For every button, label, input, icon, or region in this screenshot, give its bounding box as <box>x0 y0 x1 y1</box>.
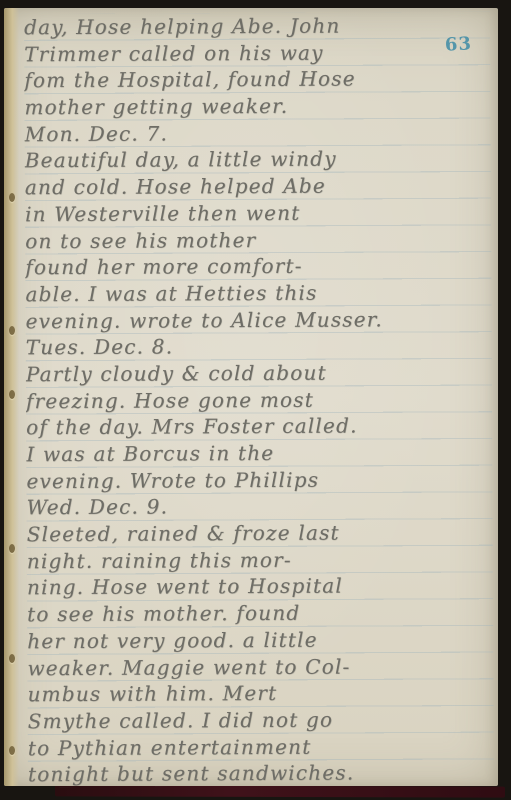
handwritten-line: day, Hose helping Abe. John <box>24 12 490 41</box>
handwritten-line: I was at Borcus in the <box>26 439 492 468</box>
page-number: 63 <box>444 33 472 55</box>
handwritten-line: weaker. Maggie went to Col- <box>27 652 493 681</box>
handwritten-line: in Westerville then went <box>25 199 491 228</box>
handwritten-line: of the day. Mrs Foster called. <box>26 412 492 441</box>
handwritten-line: Beautiful day, a little windy <box>25 145 491 174</box>
handwritten-line: Partly cloudy & cold about <box>26 359 492 388</box>
handwritten-line: ning. Hose went to Hospital <box>27 572 493 601</box>
photo-background: day, Hose helping Abe. JohnTrimmer calle… <box>0 0 511 800</box>
handwritten-line: able. I was at Hetties this <box>25 279 491 308</box>
stitch-mark <box>9 746 15 755</box>
handwriting-block: day, Hose helping Abe. JohnTrimmer calle… <box>24 12 494 787</box>
binding-edge <box>4 8 19 786</box>
handwritten-line: on to see his mother <box>25 225 491 254</box>
handwritten-line: Smythe called. I did not go <box>28 706 494 735</box>
handwritten-line: Sleeted, rained & froze last <box>27 519 493 548</box>
journal-page: day, Hose helping Abe. JohnTrimmer calle… <box>4 8 498 786</box>
handwritten-line: umbus with him. Mert <box>27 679 493 708</box>
handwritten-line: found her more comfort- <box>25 252 491 281</box>
handwritten-line: to Pythian entertainment <box>28 732 494 761</box>
handwritten-line: to see his mother. found <box>27 599 493 628</box>
stitch-mark <box>9 390 15 399</box>
stitch-mark <box>9 193 15 202</box>
handwritten-line: fom the Hospital, found Hose <box>24 65 490 94</box>
stitch-mark <box>9 326 15 335</box>
handwritten-line: Wed. Dec. 9. <box>26 492 492 521</box>
handwritten-line: freezing. Hose gone most <box>26 385 492 414</box>
handwritten-line: and cold. Hose helped Abe <box>25 172 491 201</box>
handwritten-line: tonight but sent sandwiches. <box>28 759 494 788</box>
handwritten-line: night. raining this mor- <box>27 546 493 575</box>
handwritten-line: Tues. Dec. 8. <box>26 332 492 361</box>
handwritten-line: Mon. Dec. 7. <box>25 119 491 148</box>
handwritten-line: evening. wrote to Alice Musser. <box>26 305 492 334</box>
handwritten-line: evening. Wrote to Phillips <box>26 465 492 494</box>
handwritten-line: Trimmer called on his way <box>24 38 490 67</box>
handwritten-line: her not very good. a little <box>27 626 493 655</box>
handwritten-line: mother getting weaker. <box>24 92 490 121</box>
stitch-mark <box>9 544 15 553</box>
stitch-mark <box>9 654 15 663</box>
